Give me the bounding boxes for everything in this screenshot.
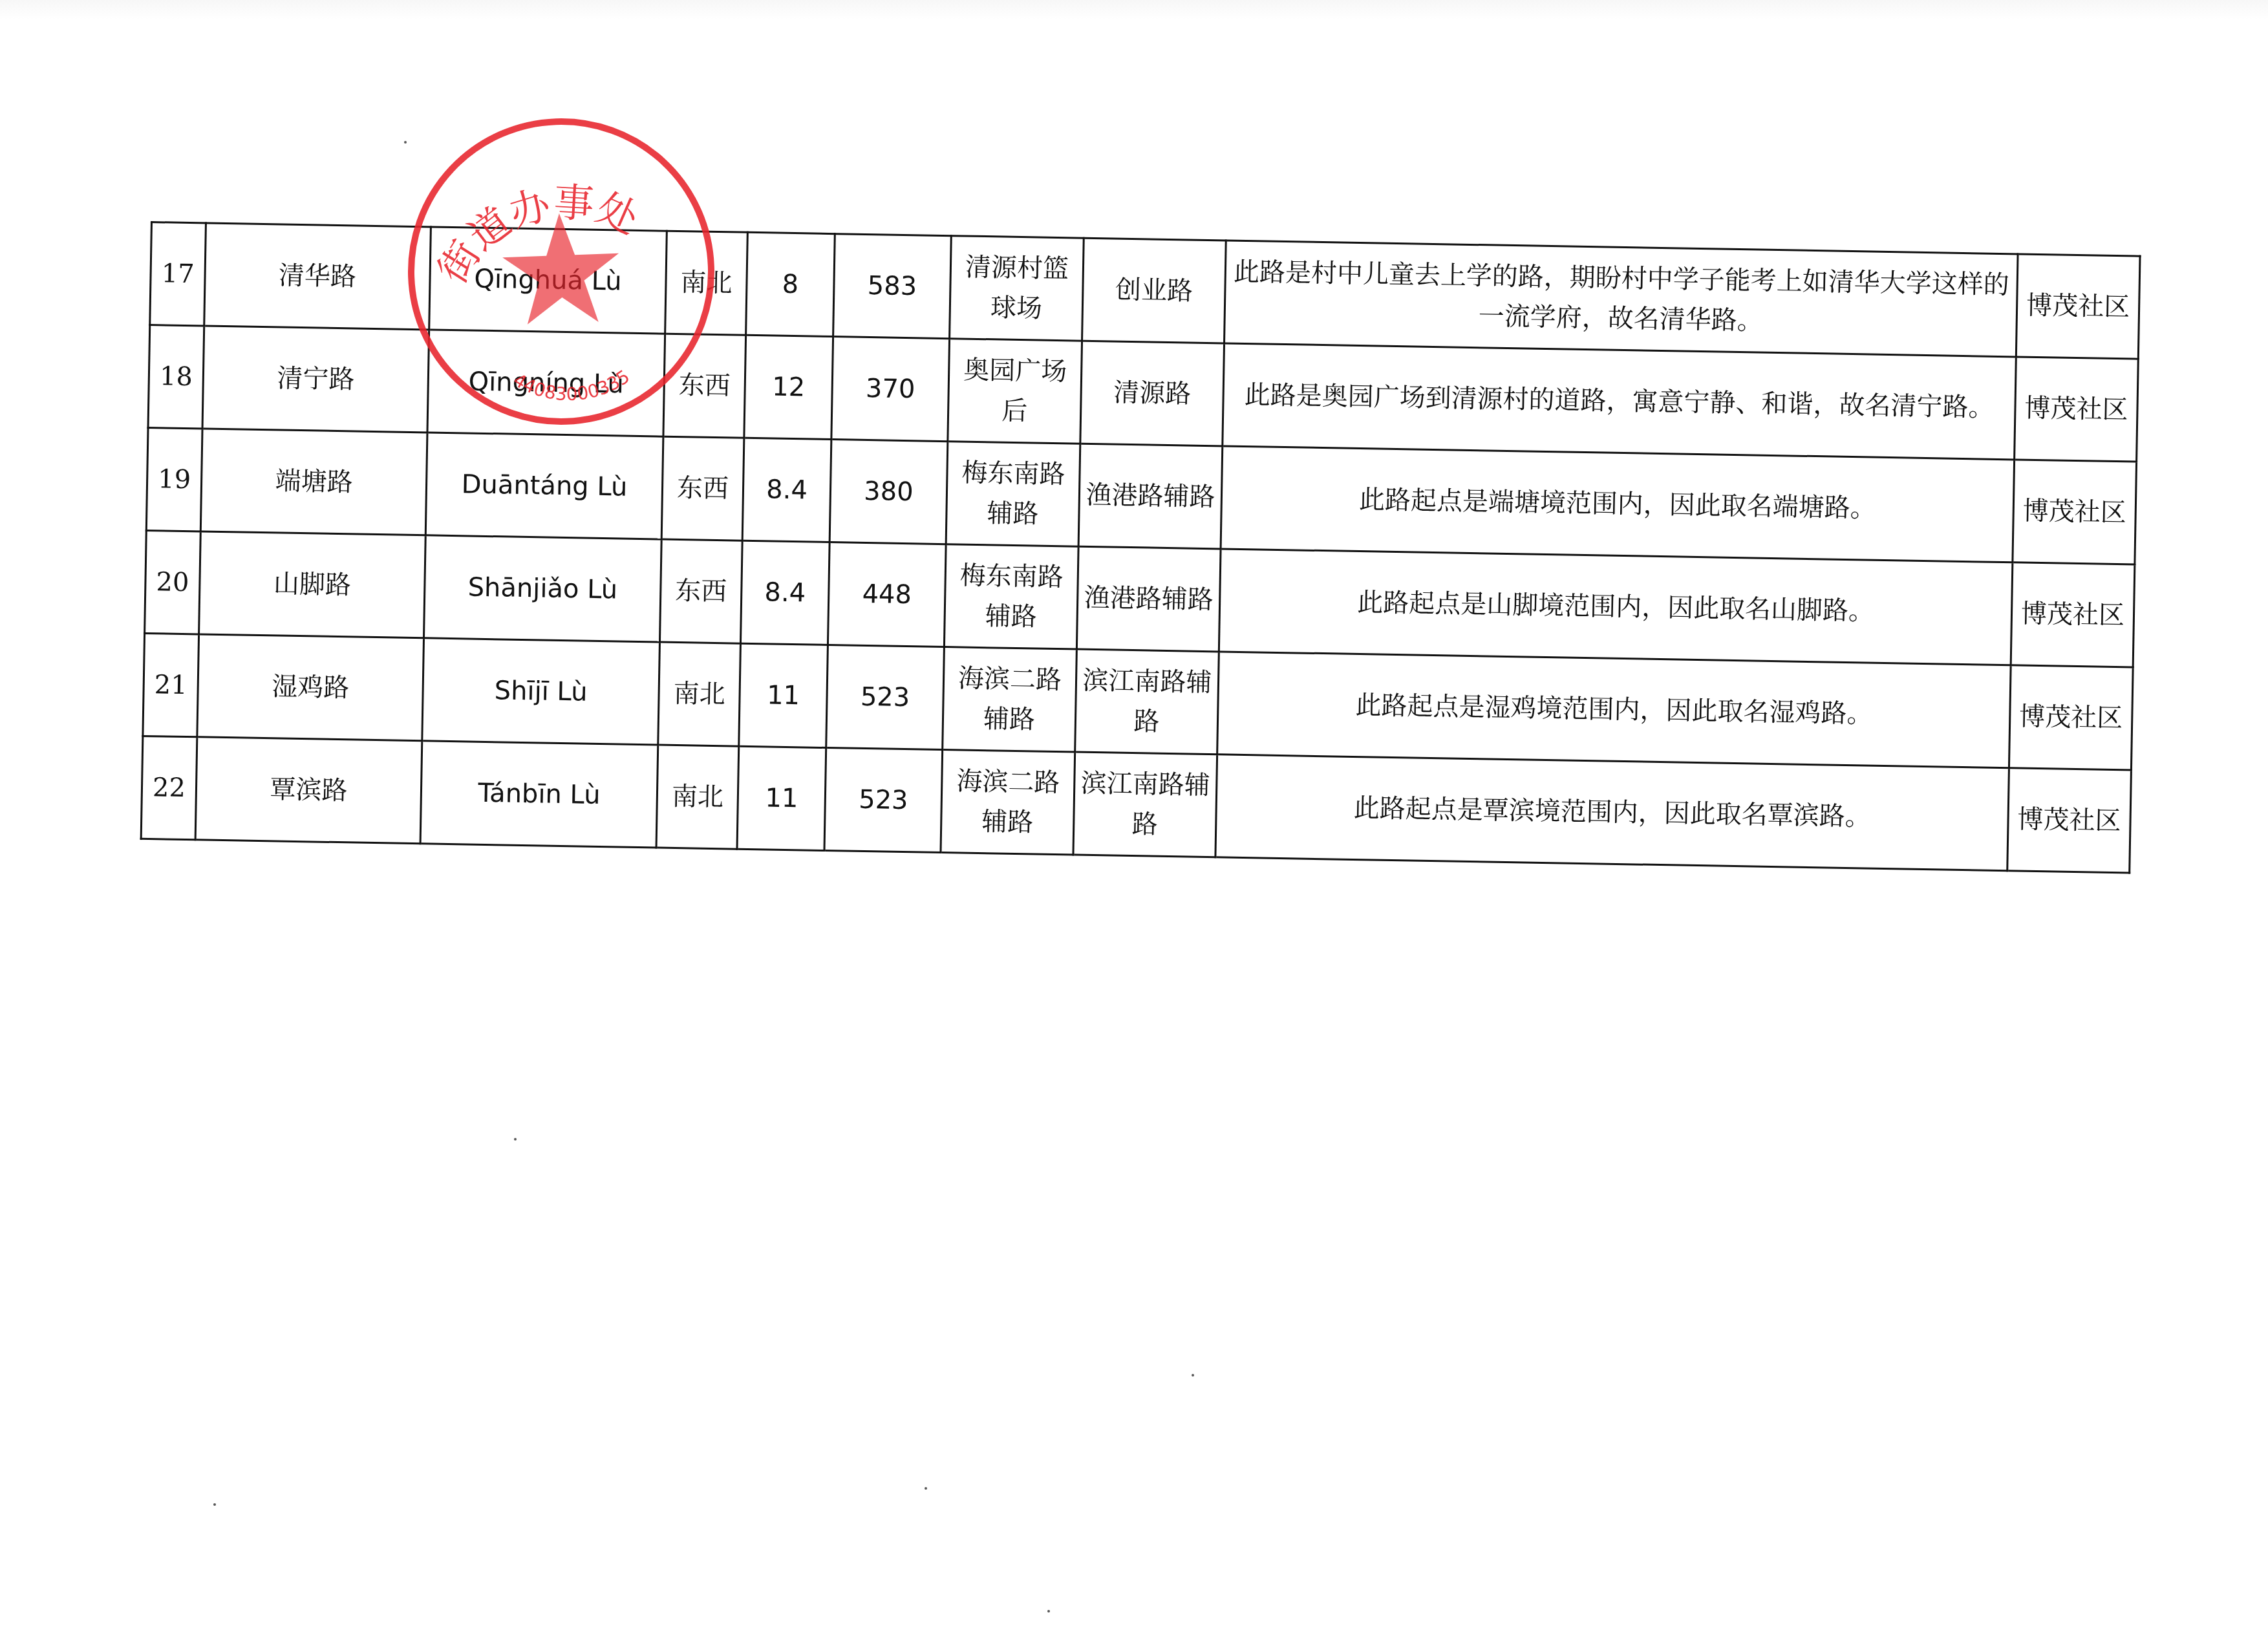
naming-reason-cell: 此路起点是山脚境范围内，因此取名山脚路。 xyxy=(1219,549,2013,665)
road-pinyin-cell: Qīngníng Lù xyxy=(427,330,665,436)
road-width-cell: 8.4 xyxy=(742,438,831,542)
scan-speck xyxy=(1192,1374,1194,1377)
road-start-cell: 梅东南路辅路 xyxy=(946,442,1080,546)
road-name-cell: 湿鸡路 xyxy=(197,634,424,741)
community-cell: 博茂社区 xyxy=(2013,460,2137,564)
road-direction-cell: 东西 xyxy=(659,539,742,643)
road-name-cell: 端塘路 xyxy=(200,429,427,535)
community-cell: 博茂社区 xyxy=(2015,357,2139,462)
scan-speck xyxy=(213,1503,216,1506)
scan-speck xyxy=(925,1487,927,1490)
road-pinyin-cell: Shānjiǎo Lù xyxy=(424,535,662,642)
road-start-cell: 清源村篮球场 xyxy=(950,236,1084,341)
community-cell: 博茂社区 xyxy=(2011,562,2135,667)
road-pinyin-cell: Shījī Lù xyxy=(422,638,660,745)
road-length-cell: 523 xyxy=(826,645,945,750)
road-width-cell: 11 xyxy=(739,643,828,747)
road-start-cell: 海滨二路辅路 xyxy=(943,647,1077,752)
row-number-cell: 22 xyxy=(141,736,197,839)
naming-reason-cell: 此路起点是湿鸡境范围内，因此取名湿鸡路。 xyxy=(1217,652,2011,768)
road-end-cell: 渔港路辅路 xyxy=(1076,546,1221,652)
road-end-cell: 滨江南路辅路 xyxy=(1073,752,1217,857)
row-number-cell: 17 xyxy=(150,222,206,326)
road-name-cell: 清宁路 xyxy=(202,326,429,433)
road-length-cell: 583 xyxy=(833,234,952,339)
road-width-cell: 8 xyxy=(746,232,835,336)
road-length-cell: 448 xyxy=(828,542,946,647)
road-name-cell: 清华路 xyxy=(204,223,431,330)
row-number-cell: 21 xyxy=(143,633,199,736)
road-name-cell: 山脚路 xyxy=(199,531,426,638)
table-body: 17清华路Qīnghuá Lù南北8583清源村篮球场创业路此路是村中儿童去上学… xyxy=(141,222,2140,873)
naming-reason-cell: 此路起点是覃滨境范围内，因此取名覃滨路。 xyxy=(1215,755,2009,871)
community-cell: 博茂社区 xyxy=(2016,254,2140,359)
road-direction-cell: 南北 xyxy=(658,642,741,746)
road-width-cell: 8.4 xyxy=(740,541,829,645)
row-number-cell: 19 xyxy=(146,427,202,531)
road-start-cell: 梅东南路辅路 xyxy=(944,544,1078,649)
road-direction-cell: 东西 xyxy=(663,334,746,438)
road-end-cell: 创业路 xyxy=(1082,238,1226,343)
road-start-cell: 奥园广场后 xyxy=(948,339,1082,444)
road-naming-table: 17清华路Qīnghuá Lù南北8583清源村篮球场创业路此路是村中儿童去上学… xyxy=(140,221,2141,874)
row-number-cell: 18 xyxy=(148,325,204,429)
scan-speck xyxy=(514,1138,517,1141)
road-width-cell: 11 xyxy=(737,746,826,850)
naming-reason-cell: 此路是村中儿童去上学的路，期盼村中学子能考上如清华大学这样的一流学府，故名清华路… xyxy=(1225,241,2018,357)
road-pinyin-cell: Qīnghuá Lù xyxy=(429,227,667,334)
scan-speck xyxy=(404,141,407,144)
community-cell: 博茂社区 xyxy=(2007,768,2132,873)
road-length-cell: 523 xyxy=(824,747,943,852)
road-pinyin-cell: Duāntáng Lù xyxy=(425,433,663,539)
road-length-cell: 370 xyxy=(831,337,950,442)
road-end-cell: 渔港路辅路 xyxy=(1078,444,1223,549)
naming-reason-cell: 此路起点是端塘境范围内，因此取名端塘路。 xyxy=(1221,446,2015,562)
road-name-cell: 覃滨路 xyxy=(195,737,422,844)
road-direction-cell: 南北 xyxy=(665,231,748,335)
row-number-cell: 20 xyxy=(145,530,201,634)
naming-reason-cell: 此路是奥园广场到清源村的道路，寓意宁静、和谐，故名清宁路。 xyxy=(1223,343,2017,460)
road-start-cell: 海滨二路辅路 xyxy=(941,750,1075,855)
road-length-cell: 380 xyxy=(829,440,948,544)
road-naming-table-container: 17清华路Qīnghuá Lù南北8583清源村篮球场创业路此路是村中儿童去上学… xyxy=(140,221,2139,873)
road-pinyin-cell: Tánbīn Lù xyxy=(420,741,658,848)
scan-speck xyxy=(1047,1610,1050,1612)
community-cell: 博茂社区 xyxy=(2009,665,2133,770)
road-width-cell: 12 xyxy=(744,335,833,439)
road-direction-cell: 南北 xyxy=(656,745,739,849)
road-end-cell: 清源路 xyxy=(1080,341,1225,446)
road-direction-cell: 东西 xyxy=(661,436,744,541)
road-end-cell: 滨江南路辅路 xyxy=(1075,649,1219,755)
